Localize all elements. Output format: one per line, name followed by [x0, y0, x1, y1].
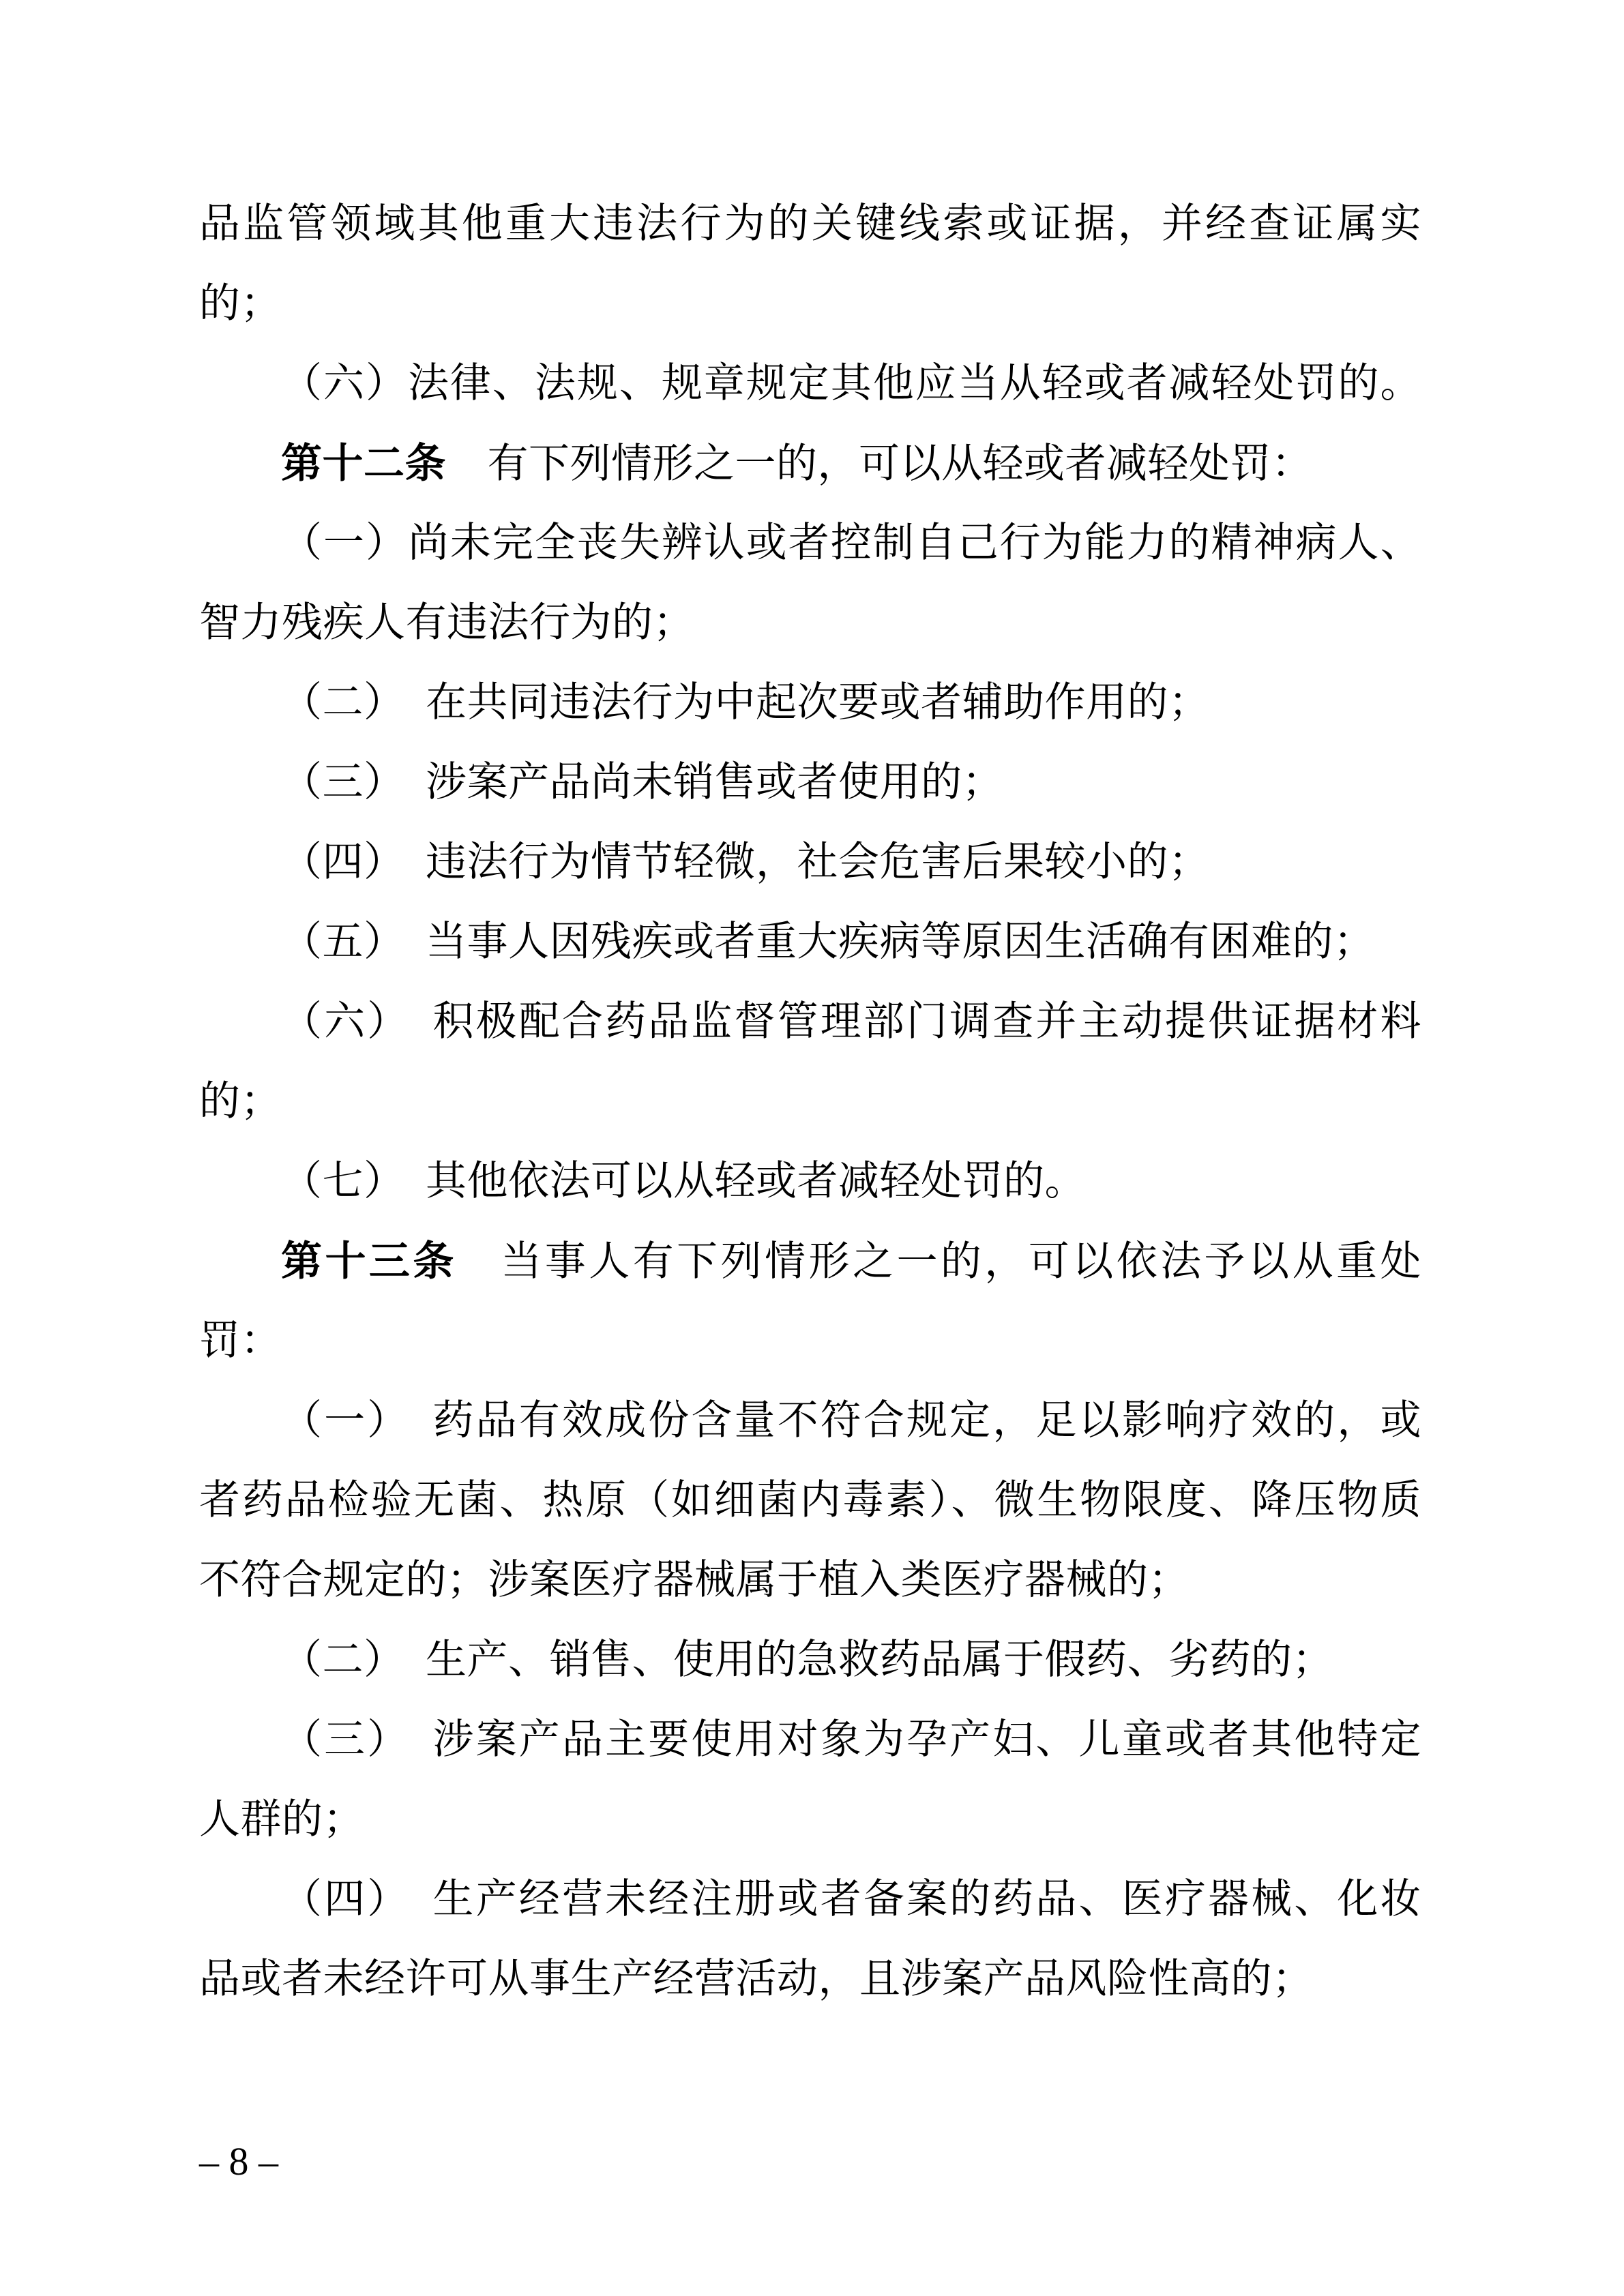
- text-line: （六）法律、法规、规章规定其他应当从轻或者减轻处罚的。: [199, 344, 1421, 423]
- text-line: 罚：: [199, 1301, 1421, 1381]
- text-line: （一） 药品有效成份含量不符合规定，足以影响疗效的，或: [199, 1381, 1421, 1461]
- line-text: （三） 涉案产品主要使用对象为孕产妇、儿童或者其他特定: [281, 1717, 1421, 1762]
- line-text: （一） 药品有效成份含量不符合规定，足以影响疗效的，或: [281, 1398, 1421, 1443]
- text-line: 品监管领域其他重大违法行为的关键线索或证据，并经查证属实: [199, 184, 1421, 264]
- text-line: 者药品检验无菌、热原（如细菌内毒素）、微生物限度、降压物质: [199, 1461, 1421, 1540]
- text-line: （一）尚未完全丧失辨认或者控制自己行为能力的精神病人、: [199, 503, 1421, 583]
- text-line: 的；: [199, 1062, 1421, 1142]
- line-text: 智力残疾人有违法行为的；: [199, 600, 694, 645]
- line-text: （二） 在共同违法行为中起次要或者辅助作用的；: [281, 680, 1210, 725]
- text-line: 的；: [199, 264, 1421, 344]
- line-text: 人群的；: [199, 1797, 364, 1842]
- text-line: （二） 在共同违法行为中起次要或者辅助作用的；: [199, 663, 1421, 743]
- line-text: 当事人有下列情形之一的，可以依法予以从重处: [457, 1239, 1421, 1284]
- text-line: （四） 生产经营未经注册或者备案的药品、医疗器械、化妆: [199, 1860, 1421, 1939]
- text-line: 第十二条 有下列情形之一的，可以从轻或者减轻处罚：: [199, 423, 1421, 503]
- document-page: 品监管领域其他重大违法行为的关键线索或证据，并经查证属实的；（六）法律、法规、规…: [0, 0, 1624, 2296]
- text-line: 智力残疾人有违法行为的；: [199, 583, 1421, 663]
- text-line: 品或者未经许可从事生产经营活动，且涉案产品风险性高的；: [199, 1939, 1421, 2019]
- line-text: 者药品检验无菌、热原（如细菌内毒素）、微生物限度、降压物质: [199, 1478, 1421, 1523]
- text-line: （二） 生产、销售、使用的急救药品属于假药、劣药的；: [199, 1620, 1421, 1700]
- page-number: – 8 –: [199, 2141, 278, 2182]
- text-line: （四） 违法行为情节轻微，社会危害后果较小的；: [199, 822, 1421, 902]
- line-text: 不符合规定的；涉案医疗器械属于植入类医疗器械的；: [199, 1557, 1190, 1602]
- article-number: 第十三条: [281, 1238, 457, 1284]
- line-text: （一）尚未完全丧失辨认或者控制自己行为能力的精神病人、: [281, 520, 1421, 565]
- text-line: （五） 当事人因残疾或者重大疾病等原因生活确有困难的；: [199, 902, 1421, 982]
- line-text: （二） 生产、销售、使用的急救药品属于假药、劣药的；: [281, 1637, 1333, 1682]
- text-line: （七） 其他依法可以从轻或者减轻处罚的。: [199, 1142, 1421, 1221]
- line-text: 品监管领域其他重大违法行为的关键线索或证据，并经查证属实: [199, 201, 1421, 246]
- article-number: 第十二条: [281, 441, 446, 486]
- text-line: 第十三条 当事人有下列情形之一的，可以依法予以从重处: [199, 1221, 1421, 1301]
- text-line: （三） 涉案产品主要使用对象为孕产妇、儿童或者其他特定: [199, 1700, 1421, 1780]
- text-line: （六） 积极配合药品监督管理部门调查并主动提供证据材料: [199, 982, 1421, 1062]
- line-text: （六） 积极配合药品监督管理部门调查并主动提供证据材料: [281, 999, 1421, 1044]
- text-line: 人群的；: [199, 1780, 1421, 1860]
- text-line: （三） 涉案产品尚未销售或者使用的；: [199, 743, 1421, 822]
- line-text: （五） 当事人因残疾或者重大疾病等原因生活确有困难的；: [281, 919, 1375, 964]
- document-body: 品监管领域其他重大违法行为的关键线索或证据，并经查证属实的；（六）法律、法规、规…: [199, 184, 1421, 2019]
- line-text: （六）法律、法规、规章规定其他应当从轻或者减轻处罚的。: [281, 361, 1421, 406]
- line-text: （三） 涉案产品尚未销售或者使用的；: [281, 760, 1003, 805]
- line-text: （四） 生产经营未经注册或者备案的药品、医疗器械、化妆: [281, 1877, 1421, 1922]
- line-text: 品或者未经许可从事生产经营活动，且涉案产品风险性高的；: [199, 1956, 1314, 2001]
- line-text: （七） 其他依法可以从轻或者减轻处罚的。: [281, 1159, 1086, 1204]
- text-line: 不符合规定的；涉案医疗器械属于植入类医疗器械的；: [199, 1540, 1421, 1620]
- line-text: （四） 违法行为情节轻微，社会危害后果较小的；: [281, 839, 1210, 884]
- line-text: 的；: [199, 281, 282, 326]
- line-text: 的；: [199, 1079, 282, 1124]
- line-text: 罚：: [199, 1318, 282, 1363]
- line-text: 有下列情形之一的，可以从轻或者减轻处罚：: [446, 441, 1313, 486]
